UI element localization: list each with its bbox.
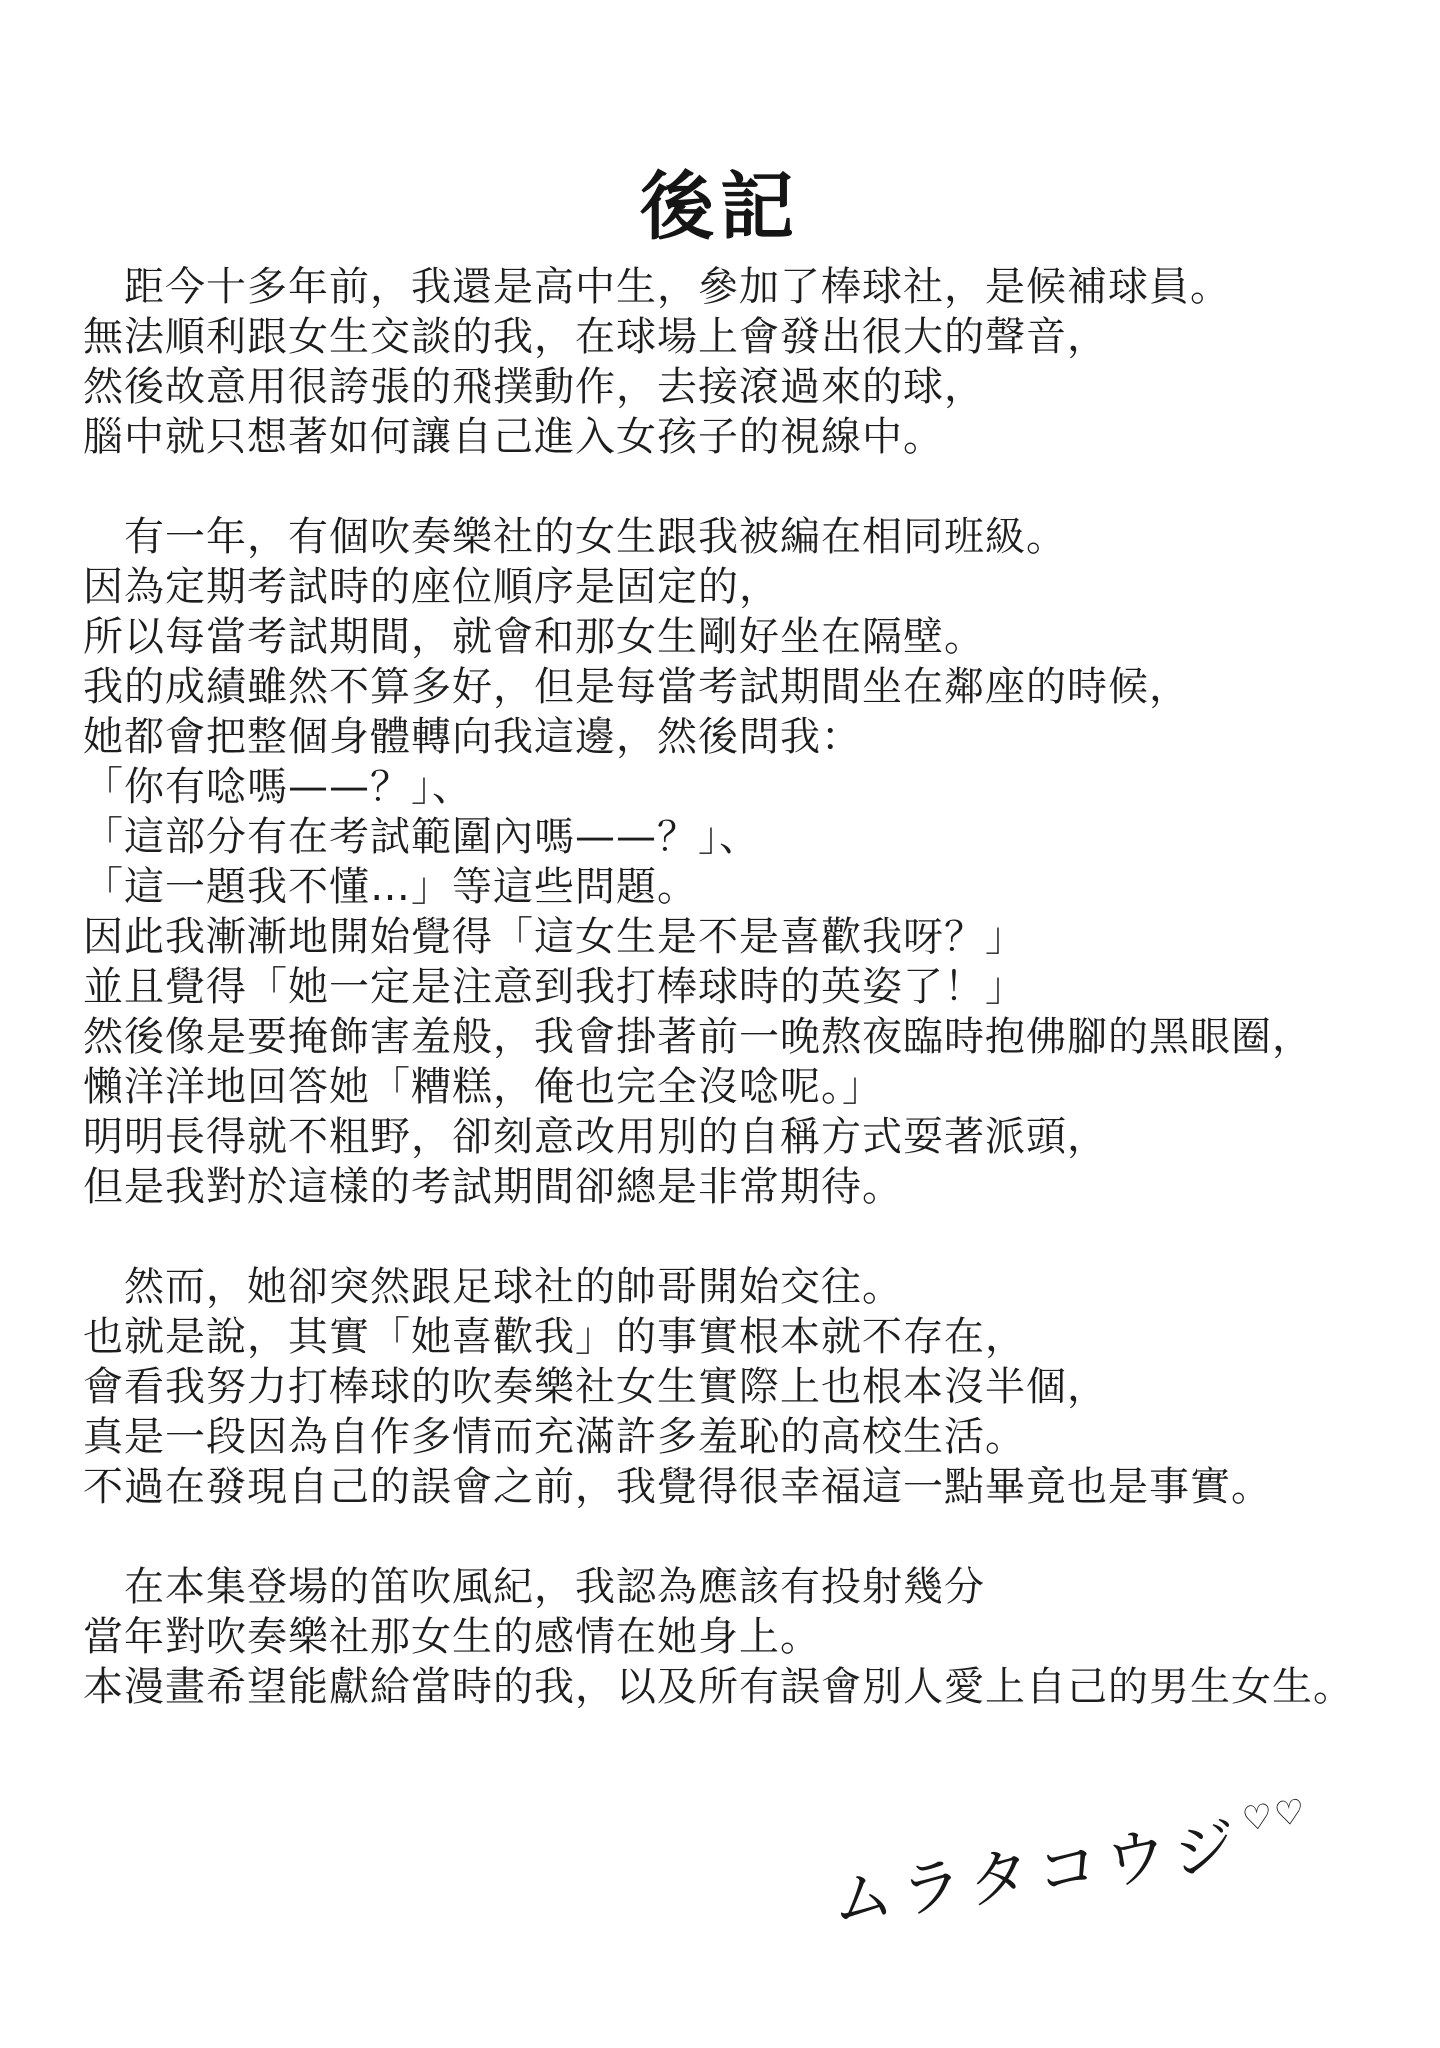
text-line: 真是一段因為自作多情而充滿許多羞恥的高校生活。 (83, 1412, 1423, 1462)
text-line: 距今十多年前，我還是高中生，參加了棒球社，是候補球員。 (83, 262, 1423, 312)
heart-icon: ♡♡ (1241, 1791, 1308, 1840)
text-line: 我的成績雖然不算多好，但是每當考試期間坐在鄰座的時候， (83, 662, 1423, 712)
text-line: 「這部分有在考試範圍內嗎——？」、 (83, 812, 1423, 862)
text-line: 「這一題我不懂…」等這些問題。 (83, 862, 1423, 912)
text-line: 因此我漸漸地開始覺得「這女生是不是喜歡我呀？」 (83, 912, 1423, 962)
text-line: 也就是說，其實「她喜歡我」的事實根本就不存在， (83, 1312, 1423, 1362)
author-signature: ムラタコウジ♡♡ (829, 1785, 1311, 1941)
paragraph: 有一年，有個吹奏樂社的女生跟我被編在相同班級。 因為定期考試時的座位順序是固定的… (83, 512, 1423, 1212)
text-line: 本漫畫希望能獻給當時的我，以及所有誤會別人愛上自己的男生女生。 (83, 1662, 1423, 1712)
text-line: 明明長得就不粗野，卻刻意改用別的自稱方式耍著派頭， (83, 1112, 1423, 1162)
text-line: 無法順利跟女生交談的我，在球場上會發出很大的聲音， (83, 312, 1423, 362)
paragraph: 距今十多年前，我還是高中生，參加了棒球社，是候補球員。 無法順利跟女生交談的我，… (83, 262, 1423, 462)
text-line: 所以每當考試期間，就會和那女生剛好坐在隔壁。 (83, 612, 1423, 662)
afterword-page: 後記 距今十多年前，我還是高中生，參加了棒球社，是候補球員。 無法順利跟女生交談… (0, 0, 1440, 2048)
text-line: 並且覺得「她一定是注意到我打棒球時的英姿了！」 (83, 962, 1423, 1012)
text-line: 因為定期考試時的座位順序是固定的， (83, 562, 1423, 612)
text-line: 她都會把整個身體轉向我這邊，然後問我： (83, 712, 1423, 762)
text-line: 懶洋洋地回答她「糟糕，俺也完全沒唸呢。」 (83, 1062, 1423, 1112)
text-line: 在本集登場的笛吹風紀，我認為應該有投射幾分 (83, 1562, 1423, 1612)
text-line: 然後像是要掩飾害羞般，我會掛著前一晚熬夜臨時抱佛腳的黑眼圈， (83, 1012, 1423, 1062)
text-line: 有一年，有個吹奏樂社的女生跟我被編在相同班級。 (83, 512, 1423, 562)
text-line: 會看我努力打棒球的吹奏樂社女生實際上也根本沒半個， (83, 1362, 1423, 1412)
paragraph: 在本集登場的笛吹風紀，我認為應該有投射幾分 當年對吹奏樂社那女生的感情在她身上。… (83, 1562, 1423, 1712)
text-line: 不過在發現自己的誤會之前，我覺得很幸福這一點畢竟也是事實。 (83, 1462, 1423, 1512)
page-title: 後記 (0, 148, 1440, 254)
text-line: 「你有唸嗎——？」、 (83, 762, 1423, 812)
paragraph: 然而，她卻突然跟足球社的帥哥開始交往。 也就是說，其實「她喜歡我」的事實根本就不… (83, 1262, 1423, 1512)
text-line: 然而，她卻突然跟足球社的帥哥開始交往。 (83, 1262, 1423, 1312)
text-line: 當年對吹奏樂社那女生的感情在她身上。 (83, 1612, 1423, 1662)
author-signature-text: ムラタコウジ (830, 1807, 1244, 1938)
text-line: 但是我對於這樣的考試期間卻總是非常期待。 (83, 1162, 1423, 1212)
afterword-body: 距今十多年前，我還是高中生，參加了棒球社，是候補球員。 無法順利跟女生交談的我，… (83, 262, 1423, 1762)
text-line: 然後故意用很誇張的飛撲動作，去接滾過來的球， (83, 362, 1423, 412)
text-line: 腦中就只想著如何讓自己進入女孩子的視線中。 (83, 412, 1423, 462)
